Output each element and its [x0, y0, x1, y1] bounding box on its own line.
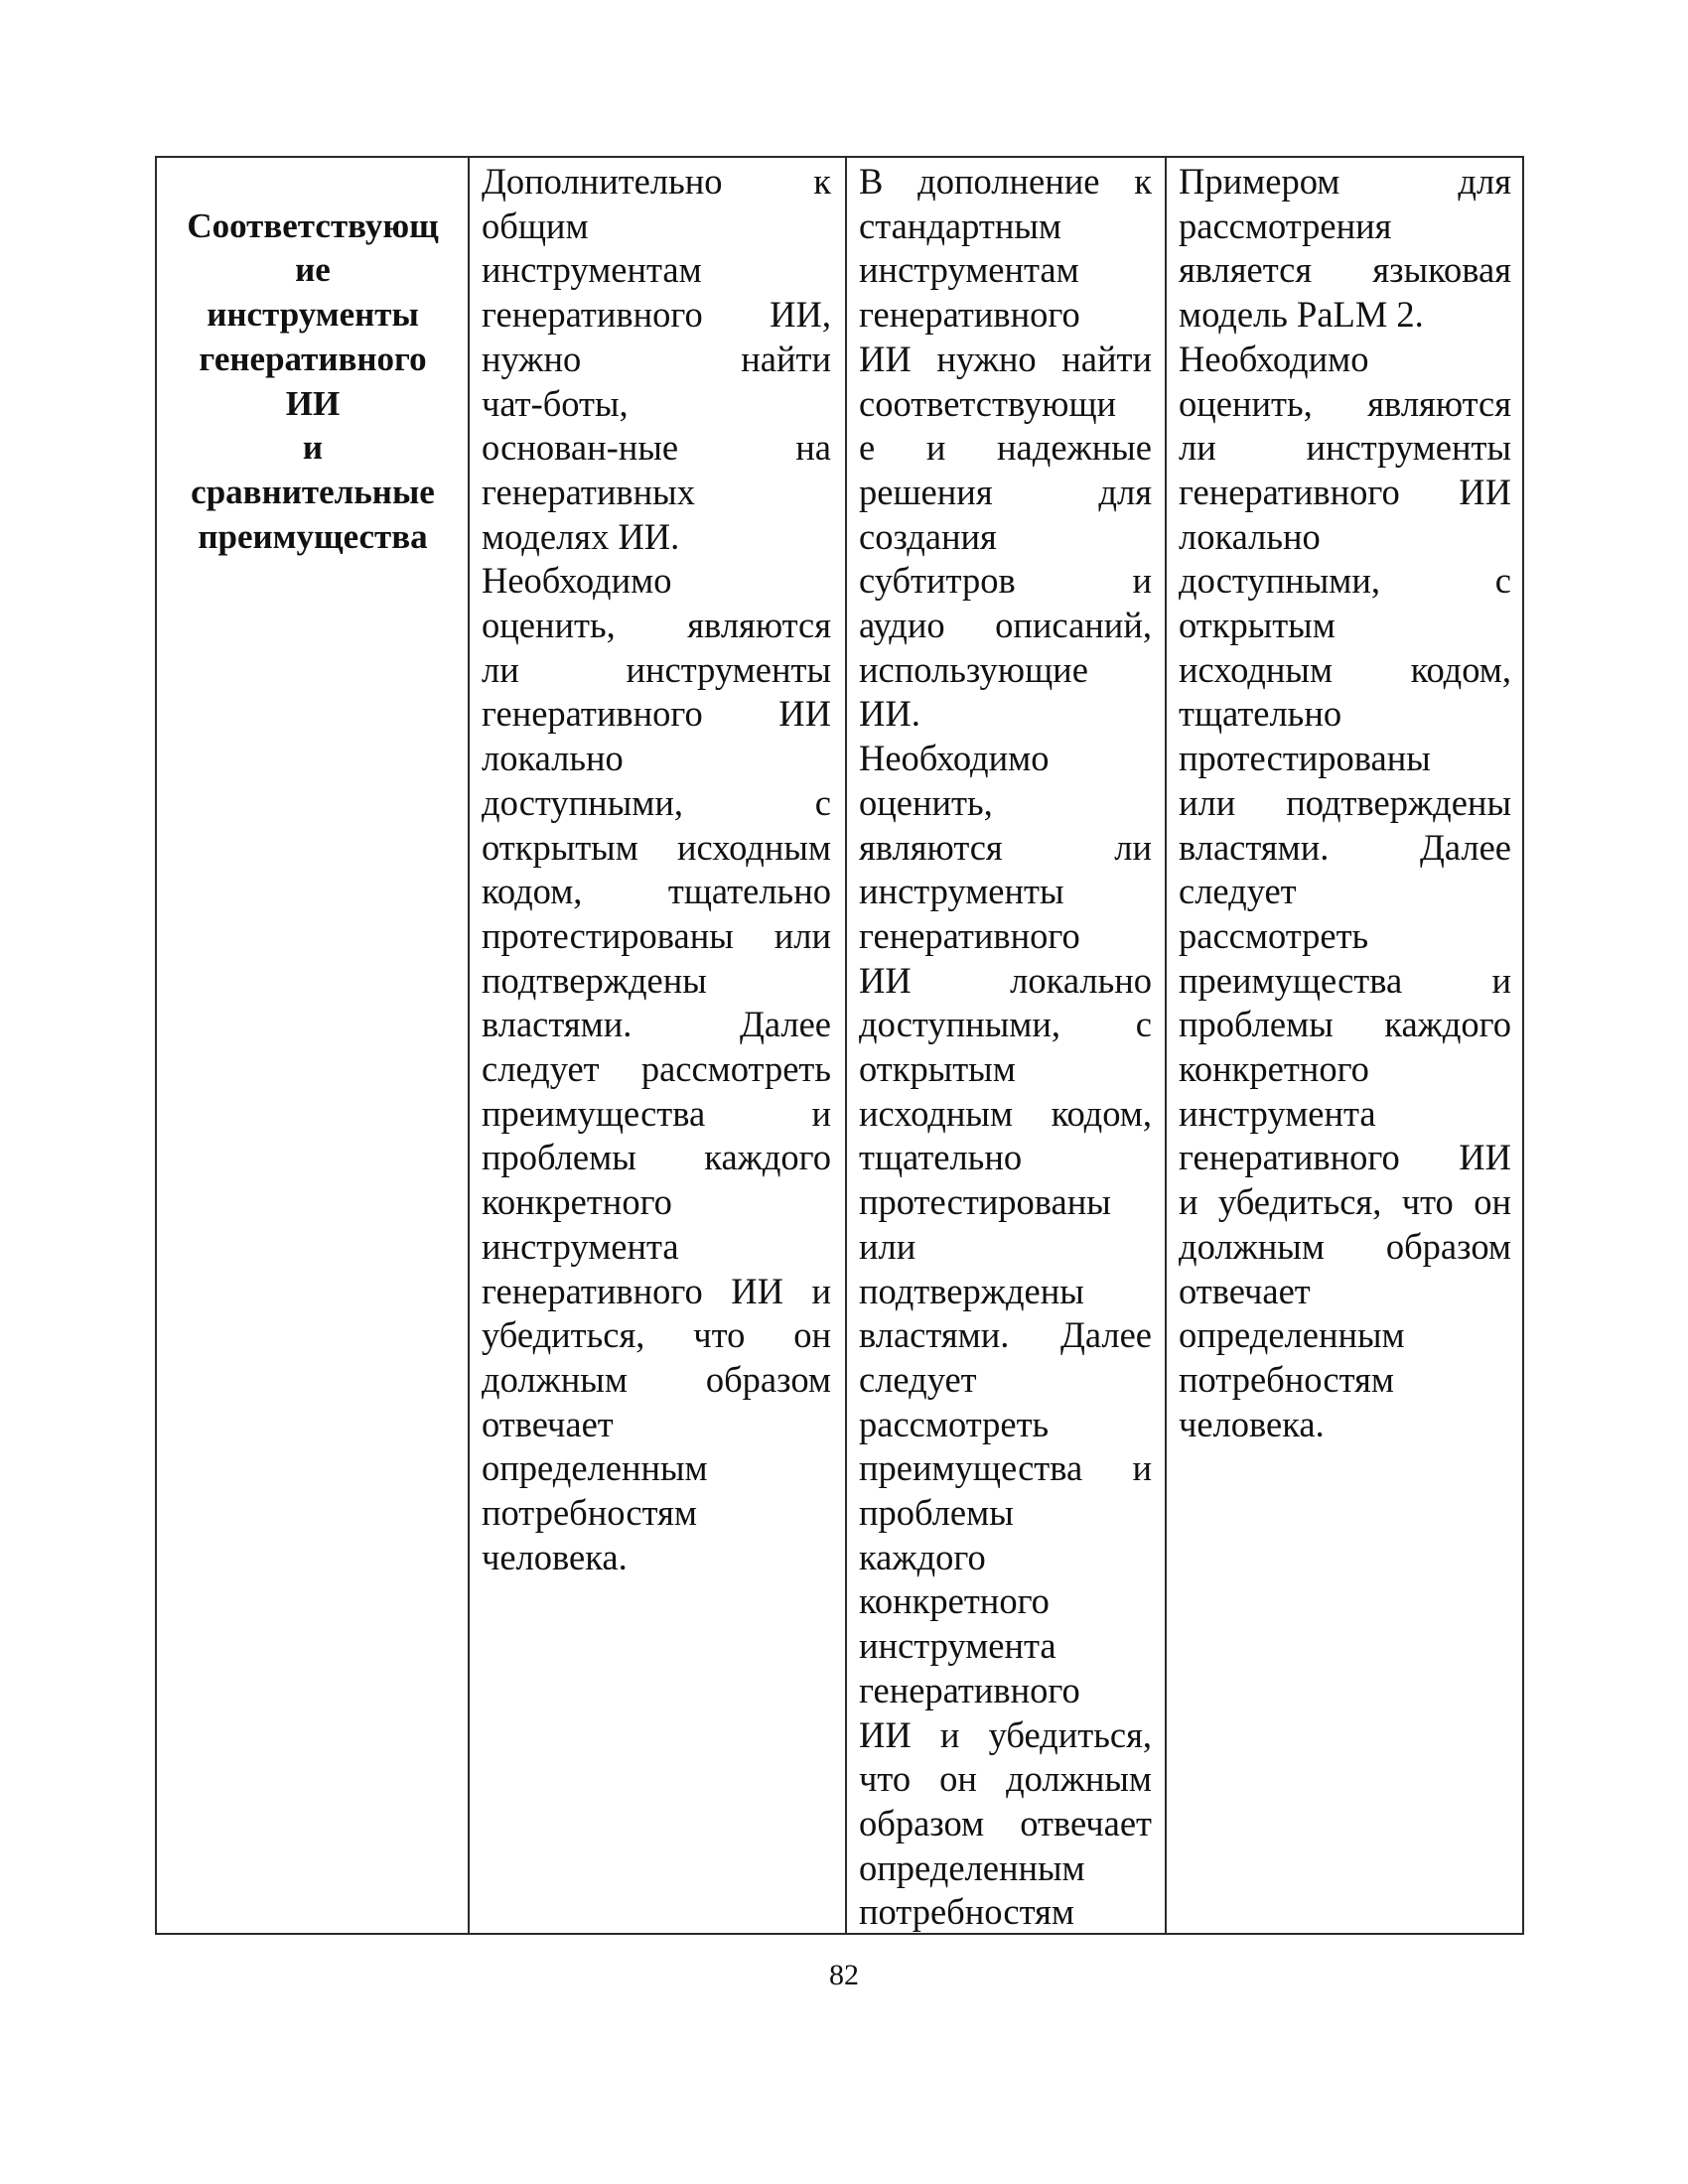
text-line: генеративного ИИ, [482, 293, 831, 337]
text-line: преимущества и [859, 1446, 1152, 1490]
text-line: протестированы [1179, 737, 1511, 780]
text-line: властями. Далее [1179, 826, 1511, 870]
text-line: генеративного [859, 293, 1152, 337]
text-line: стандартным [859, 205, 1152, 248]
text-line: исходным кодом, [1179, 648, 1511, 692]
text-line: ли инструменты [482, 648, 831, 692]
text-line: чат-боты, [482, 382, 831, 426]
text-line: подтверждены [482, 959, 831, 1003]
column-divider [845, 156, 847, 1935]
text-line: открытым исходным [482, 826, 831, 870]
text-line: инструментам [482, 248, 831, 292]
text-line: субтитров и [859, 559, 1152, 603]
text-line: генеративного [859, 1669, 1152, 1712]
text-line: определенным [482, 1446, 831, 1490]
text-line: рассмотреть [1179, 914, 1511, 958]
header-line: и [159, 426, 467, 470]
text-line: ИИ локально [859, 959, 1152, 1003]
text-line: преимущества и [482, 1092, 831, 1136]
text-line: Необходимо [1179, 338, 1511, 381]
text-line: исходным кодом, [859, 1092, 1152, 1136]
text-line: ИИ и убедиться, [859, 1713, 1152, 1757]
text-line: что он должным [859, 1757, 1152, 1801]
text-line: рассмотрения [1179, 205, 1511, 248]
text-line: конкретного [1179, 1047, 1511, 1091]
text-line: властями. Далее [859, 1313, 1152, 1357]
text-line: тщательно [859, 1136, 1152, 1179]
text-line: являются ли [859, 826, 1152, 870]
column-divider [468, 156, 470, 1935]
text-line: проблемы [859, 1491, 1152, 1535]
text-line: инструмента [1179, 1092, 1511, 1136]
text-line: подтверждены [859, 1270, 1152, 1313]
text-line: человека. [482, 1536, 831, 1579]
header-line: ие [159, 248, 467, 292]
text-line: потребностям [1179, 1358, 1511, 1402]
text-line: и убедиться, что он [1179, 1180, 1511, 1224]
text-line: оценить, являются [1179, 382, 1511, 426]
text-line: проблемы каждого [482, 1136, 831, 1179]
text-line: моделях ИИ. [482, 515, 831, 559]
text-line: или [859, 1225, 1152, 1269]
text-line: локально [482, 737, 831, 780]
text-line: следует [1179, 870, 1511, 913]
text-line: генеративного [859, 914, 1152, 958]
text-line: аудио описаний, [859, 604, 1152, 647]
text-line: доступными, с [482, 781, 831, 825]
text-line: каждого [859, 1536, 1152, 1579]
text-line: потребностям [482, 1491, 831, 1535]
text-line: отвечает [482, 1403, 831, 1446]
text-line: оценить, являются [482, 604, 831, 647]
text-line: должным образом [482, 1358, 831, 1402]
text-line: или подтверждены [1179, 781, 1511, 825]
page-number: 82 [0, 1954, 1688, 1997]
text-line: Необходимо [482, 559, 831, 603]
text-line: доступными, с [1179, 559, 1511, 603]
header-line: ИИ [159, 382, 467, 426]
text-line: модель PaLM 2. [1179, 293, 1511, 337]
header-line: преимущества [159, 515, 467, 559]
text-line: оценить, [859, 781, 1152, 825]
text-line: конкретного [859, 1579, 1152, 1623]
text-line: проблемы каждого [1179, 1003, 1511, 1046]
text-line: инструмента [482, 1225, 831, 1269]
text-line: основан-ные на [482, 426, 831, 470]
text-line: преимущества и [1179, 959, 1511, 1003]
text-line: генеративного ИИ и [482, 1270, 831, 1313]
text-line: генеративных [482, 471, 831, 514]
text-line: Примером для [1179, 160, 1511, 204]
text-line: определенным [859, 1846, 1152, 1890]
text-line: инструментам [859, 248, 1152, 292]
text-line: создания [859, 515, 1152, 559]
text-line: соответствующи [859, 382, 1152, 426]
text-line: является языковая [1179, 248, 1511, 292]
header-line: Соответствующ [159, 205, 467, 248]
text-line: конкретного [482, 1180, 831, 1224]
text-line: общим [482, 205, 831, 248]
text-line: генеративного ИИ [482, 692, 831, 736]
text-line: должным образом [1179, 1225, 1511, 1269]
text-line: Дополнительно к [482, 160, 831, 204]
text-line: генеративного ИИ [1179, 471, 1511, 514]
text-line: тщательно [1179, 692, 1511, 736]
text-line: ИИ нужно найти [859, 338, 1152, 381]
text-line: локально [1179, 515, 1511, 559]
text-line: ИИ. [859, 692, 1152, 736]
text-line: протестированы или [482, 914, 831, 958]
text-line: В дополнение к [859, 160, 1152, 204]
column-divider [1165, 156, 1167, 1935]
header-line: инструменты [159, 293, 467, 337]
text-line: потребностям [859, 1890, 1152, 1934]
text-line: следует рассмотреть [482, 1047, 831, 1091]
text-line: открытым [859, 1047, 1152, 1091]
text-line: использующие [859, 648, 1152, 692]
text-line: е и надежные [859, 426, 1152, 470]
header-line: сравнительные [159, 471, 467, 514]
text-line: образом отвечает [859, 1802, 1152, 1845]
text-line: убедиться, что он [482, 1313, 831, 1357]
text-line: инструмента [859, 1624, 1152, 1668]
text-line: кодом, тщательно [482, 870, 831, 913]
text-line: открытым [1179, 604, 1511, 647]
text-line: решения для [859, 471, 1152, 514]
text-line: отвечает [1179, 1270, 1511, 1313]
text-line: определенным [1179, 1313, 1511, 1357]
text-line: человека. [1179, 1403, 1511, 1446]
text-line: доступными, с [859, 1003, 1152, 1046]
text-line: Необходимо [859, 737, 1152, 780]
header-line: генеративного [159, 338, 467, 381]
text-line: рассмотреть [859, 1403, 1152, 1446]
text-line: ли инструменты [1179, 426, 1511, 470]
text-line: нужно найти [482, 338, 831, 381]
text-line: следует [859, 1358, 1152, 1402]
text-line: протестированы [859, 1180, 1152, 1224]
text-line: властями. Далее [482, 1003, 831, 1046]
text-line: генеративного ИИ [1179, 1136, 1511, 1179]
text-line: инструменты [859, 870, 1152, 913]
